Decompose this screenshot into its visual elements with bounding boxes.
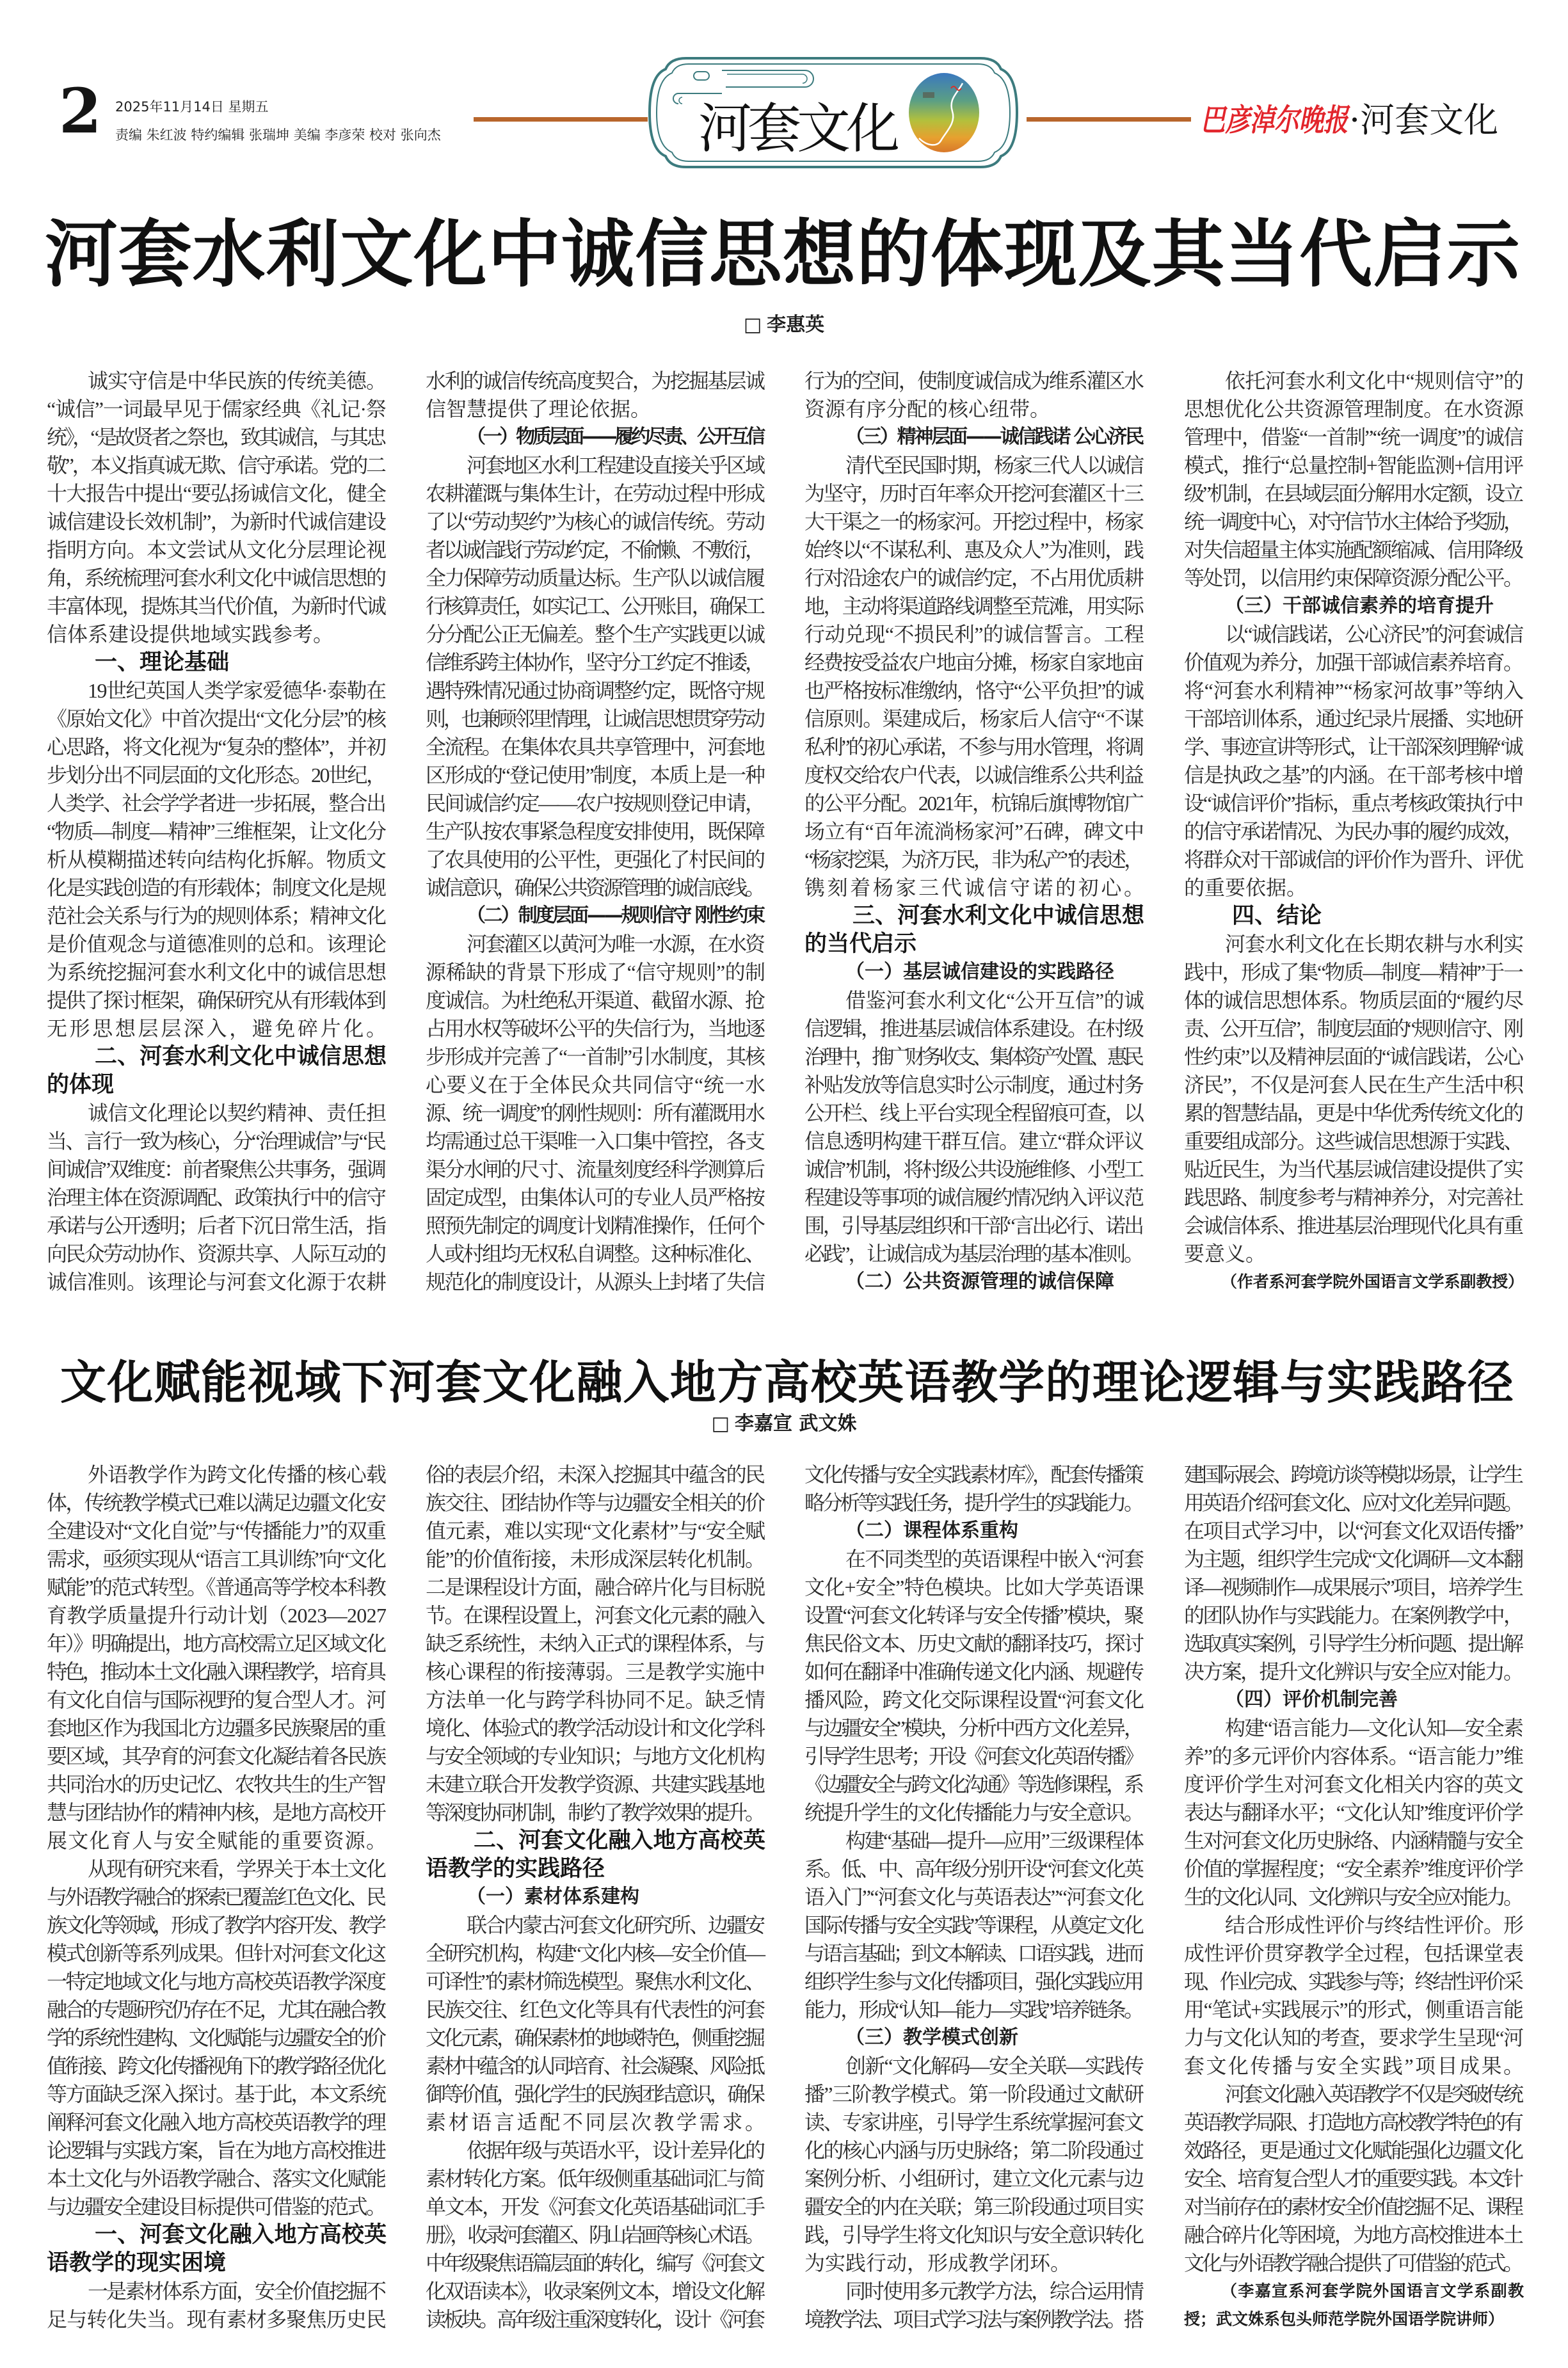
text-line: 的重要依据。	[1184, 874, 1524, 902]
text-line: 信是执政之基”的内涵。在干部考核中增	[1184, 761, 1524, 789]
text-line: 始终以“不谋私利、惠及众人”为准则，践	[804, 536, 1144, 564]
line-text: 的重要依据。	[1184, 876, 1307, 899]
byline-box-icon: □	[712, 1412, 730, 1435]
line-text: 规范化的制度设计，从源头上封堵了失信	[426, 1270, 764, 1293]
text-line: 贴近民生，为当代基层诚信建设提供了实	[1184, 1155, 1524, 1183]
page-number: 2	[59, 79, 102, 143]
text-line: 价值观为养分，加强干部诚信素养培育。	[1184, 648, 1524, 676]
line-text: 阐释河套文化融入地方高校英语教学的理	[47, 2111, 385, 2134]
line-text: 人类学、社会学学者进一步拓展，整合出	[47, 792, 385, 815]
article-column: 依托河套水利文化中“规则信守”的思想优化公共资源管理制度。在水资源管理中，借鉴“…	[1184, 367, 1524, 1296]
text-line: 民间诚信约定——农户按规则登记申请，	[426, 789, 765, 817]
line-text: 融合碎片化等困境，为地方高校推进本土	[1184, 2223, 1522, 2246]
line-text: 私利”的初心承诺，不参与用水管理，将调	[804, 735, 1142, 758]
line-text: 信维系跨主体协作，坚守分工约定不推诿，	[426, 651, 763, 674]
line-text: 素材语言适配不同层次教学需求。	[426, 2111, 768, 2134]
line-text: 践，引导学生将文化知识与安全意识转化	[804, 2223, 1142, 2246]
text-line: 责、公开互信”，制度层面的“规则信守、刚	[1184, 1014, 1524, 1043]
text-line: 是价值观念与道德准则的总和。该理论	[47, 930, 387, 958]
text-line: 镌刻着杨家三代诚信守诺的初心。	[804, 874, 1144, 902]
line-text: 承诺与公开透明；后者下沉日常生活，指	[47, 1214, 385, 1237]
subheading: （二）课程体系重构	[804, 1517, 1144, 1545]
line-text: 共同治水的历史记忆、农牧共生的生产智	[47, 1773, 385, 1796]
text-line: 本土文化与外语教学融合、落实文化赋能	[47, 2164, 387, 2193]
subheading: （一）素材体系建构	[426, 1883, 765, 1911]
subheading: （三）干部诚信素养的培育提升	[1184, 592, 1524, 620]
line-text: （二）制度层面——规则信守 刚性约束	[467, 904, 764, 927]
line-text: 全力保障劳动质量达标。生产队以诚信履	[426, 566, 764, 589]
text-line: 有文化自信与国际视野的复合型人才。河	[47, 1686, 387, 1714]
line-text: 的团队协作与实践能力。在案例教学中，	[1184, 1604, 1522, 1627]
line-text: 程建设等事项的诚信履约情况纳入评议范	[804, 1186, 1142, 1209]
line-text: 方法单一化与跨学科协同不足。缺乏情	[426, 1688, 765, 1711]
line-text: 疆安全的内在关联；第三阶段通过项目实	[804, 2195, 1142, 2218]
text-line: 生的文化认同、文化辨识与安全应对能力。	[1184, 1883, 1524, 1911]
line-text: 步划分出不同层面的文化形态。20世纪，	[47, 764, 385, 787]
text-line: 《边疆安全与跨文化沟通》等选修课程，系	[804, 1770, 1144, 1798]
text-line: 足与转化失当。现有素材多聚焦历史民	[47, 2305, 387, 2333]
line-text: 十大报告中提出“要弘扬诚信文化，健全	[47, 482, 385, 505]
line-text: 是价值观念与道德准则的总和。该理论	[47, 932, 386, 956]
line-text: 核心课程的衔接薄弱。三是教学实施中	[426, 1660, 765, 1683]
line-text: 固定成型，由集体认可的专业人员严格按	[426, 1186, 764, 1209]
text-line: “杨家挖渠，为济万民，非为私产”的表述，	[804, 845, 1144, 874]
article-column: 俗的表层介绍，未深入挖掘其中蕴含的民族交往、团结协作等与边疆安全相关的价值元素，…	[426, 1460, 765, 2333]
text-line: 诚信建设长效机制”，为新时代诚信建设	[47, 508, 387, 536]
line-text: 对当前存在的素材安全价值挖掘不足、课程	[1184, 2195, 1521, 2218]
line-text: 育教学质量提升行动计划（2023—2027	[47, 1604, 386, 1627]
section-heading: 二、河套水利文化中诚信思想	[47, 1043, 387, 1071]
line-text: 语教学的现实困境	[47, 2250, 226, 2276]
text-line: 指明方向。本文尝试从文化分层理论视	[47, 536, 387, 564]
line-text: 用“笔试+实践展示”的形式，侧重语言能	[1184, 1998, 1523, 2021]
text-line: 一特定地域文化与地方高校英语教学深度	[47, 1967, 387, 1996]
text-line: 等深度协同机制，制约了教学效果的提升。	[426, 1798, 765, 1827]
text-line: 要区域，其孕育的河套文化凝结着各民族	[47, 1742, 387, 1770]
text-line: 信息透明构建干群互信。建立“群众评议	[804, 1127, 1144, 1155]
line-text: 读板块。高年级注重深度转化，设计《河套	[426, 2308, 763, 2331]
text-line: 创新“文化解码—安全关联—实践传	[804, 2052, 1144, 2080]
line-text: 敬”，本义指真诚无欺、信守承诺。党的二	[47, 454, 385, 477]
line-text: 照预先制定的调度计划精准操作，任何个	[426, 1214, 764, 1237]
text-line: 十大报告中提出“要弘扬诚信文化，健全	[47, 479, 387, 508]
section-logo-title-text: 河套文化	[698, 97, 895, 160]
text-line: 必践”，让诚信成为基层治理的基本准则。	[804, 1240, 1144, 1268]
line-text: 授；武文姝系包头师范学院外国语学院讲师）	[1184, 2310, 1504, 2328]
byline-authors: 李惠英	[767, 314, 824, 336]
line-text: 角，系统梳理河套水利文化中诚信思想的	[47, 566, 385, 589]
line-text: 要意义。	[1184, 1242, 1266, 1265]
line-text: 性约束”以及精神层面的“诚信践诺，公心	[1184, 1045, 1523, 1068]
text-line: 区形成的“登记使用”制度，本质上是一种	[426, 761, 765, 789]
line-text: 文化传播与安全实践素材库》，配套传播策	[804, 1463, 1142, 1486]
line-text: 与外语教学融合的探索已覆盖红色文化、民	[47, 1885, 384, 1908]
text-line: 阐释河套文化融入地方高校英语教学的理	[47, 2108, 387, 2136]
text-line: 未建立联合开发教学资源、共建实践基地	[426, 1770, 765, 1798]
line-text: 诚实守信是中华民族的传统美德。	[88, 369, 386, 392]
line-text: 依据年级与英语水平，设计差异化的	[467, 2139, 764, 2162]
line-text: 一特定地域文化与地方高校英语教学深度	[47, 1970, 385, 1993]
text-line: 间诚信”双维度：前者聚焦公共事务，强调	[47, 1155, 387, 1183]
line-text: 读、专家讲座，引导学生系统掌握河套文	[804, 2111, 1142, 2134]
text-line: 化是实践创造的有形载体；制度文化是规	[47, 874, 387, 902]
line-text: 安全、培育复合型人才的重要实践。本文针	[1184, 2167, 1521, 2190]
text-line: 19世纪英国人类学家爱德华·泰勒在	[47, 676, 387, 705]
text-line: 文化元素，确保素材的地域特色，侧重挖掘	[426, 2024, 765, 2052]
line-text: 值元素，难以实现“文化素材”与“安全赋	[426, 1519, 765, 1542]
line-text: 引导学生思考；开设《河套文化英语传播》	[804, 1745, 1142, 1768]
article-column: 水利的诚信传统高度契合，为挖掘基层诚信智慧提供了理论依据。（一）物质层面——履约…	[426, 367, 765, 1296]
line-text: 为系统挖掘河套水利文化中的诚信思想	[47, 961, 386, 984]
text-line: 二是课程设计方面，融合碎片化与目标脱	[426, 1573, 765, 1601]
line-text: 信原则。渠建成后，杨家后人信守“不谋	[804, 707, 1143, 730]
text-line: 安全、培育复合型人才的重要实践。本文针	[1184, 2164, 1524, 2193]
subheading: （二）制度层面——规则信守 刚性约束	[426, 902, 765, 930]
byline: □李嘉宣 武文姝	[0, 1411, 1568, 1437]
line-text: “杨家挖渠，为济万民，非为私产”的表述，	[804, 848, 1142, 871]
text-line: 的公平分配。2021年，杭锦后旗博物馆广	[804, 789, 1144, 817]
text-line: “物质—制度—精神”三维框架，让文化分	[47, 817, 387, 845]
text-line: 值元素，难以实现“文化素材”与“安全赋	[426, 1517, 765, 1545]
line-text: 与边疆安全建设目标提供可借鉴的范式。	[47, 2195, 385, 2218]
line-text: 占用水权等破坏公平的失信行为，当地逐	[426, 1017, 764, 1040]
article-column: 外语教学作为跨文化传播的核心载体，传统教学模式已难以满足边疆文化安全建设对“文化…	[47, 1460, 387, 2333]
article-column: 文化传播与安全实践素材库》，配套传播策略分析等实践任务，提升学生的实践能力。（二…	[804, 1460, 1144, 2333]
line-text: （李嘉宣系河套学院外国语言文学系副教	[1221, 2282, 1524, 2300]
text-line: 英语教学局限、打造地方高校教学特色的有	[1184, 2108, 1524, 2136]
text-line: 践中，形成了集“物质—制度—精神”于一	[1184, 958, 1524, 986]
line-text: 当、言行一致为核心，分“治理诚信”与“民	[47, 1130, 385, 1153]
line-text: 心要义在于全体民众共同信守“统一水	[426, 1073, 765, 1096]
text-line: 在不同类型的英语课程中嵌入“河套	[804, 1545, 1144, 1573]
subheading: （二）公共资源管理的诚信保障	[804, 1268, 1144, 1296]
text-line: 全研究机构，构建“文化内核—安全价值—	[426, 1939, 765, 1967]
text-line: 诚信意识，确保公共资源管理的诚信底线。	[426, 874, 765, 902]
line-text: （三）精神层面——诚信践诺 公心济民	[845, 426, 1142, 448]
line-text: 一是素材体系方面，安全价值挖掘不	[88, 2280, 385, 2303]
text-line: 融合碎片化等困境，为地方高校推进本土	[1184, 2221, 1524, 2249]
text-line: 诚信文化理论以契约精神、责任担	[47, 1099, 387, 1127]
text-line: 民族交往、红色文化等具有代表性的河套	[426, 1996, 765, 2024]
line-text: 族文化等领域，形成了教学内容开发、教学	[47, 1914, 384, 1937]
text-line: 统一调度中心，对守信节水主体给予奖励，	[1184, 508, 1524, 536]
text-line: 以“诚信践诺，公心济民”的河套诚信	[1184, 620, 1524, 648]
line-text: 统一调度中心，对守信节水主体给予奖励，	[1184, 510, 1521, 533]
line-text: 成性评价贯穿教学全过程，包括课堂表	[1184, 1942, 1523, 1965]
section-heading: 语教学的现实困境	[47, 2249, 387, 2277]
text-line: 均需通过总干渠唯一入口集中管控，各支	[426, 1127, 765, 1155]
text-line: 单文本，开发《河套文化英语基础词汇手	[426, 2193, 765, 2221]
text-line: 学、事迹宣讲等形式，让干部深刻理解“诚	[1184, 733, 1524, 761]
line-text: （二）公共资源管理的诚信保障	[845, 1270, 1114, 1293]
line-text: 现、作业完成、实践参与等；终结性评价采	[1184, 1970, 1521, 1993]
editor-credits: 责编 朱红波 特约编辑 张瑞坤 美编 李彦荣 校对 张向杰	[115, 126, 441, 144]
line-text: 度权交给农户代表，以诚信维系公共利益	[804, 764, 1142, 787]
text-line: 生对河套文化历史脉络、内涵精髓与安全	[1184, 1827, 1524, 1855]
line-text: 表达与翻译水平；“文化认知”维度评价学	[1184, 1801, 1523, 1824]
text-line: 的团队协作与实践能力。在案例教学中，	[1184, 1601, 1524, 1629]
text-line: 表达与翻译水平；“文化认知”维度评价学	[1184, 1798, 1524, 1827]
line-text: 行为的空间，使制度诚信成为维系灌区水	[804, 369, 1142, 392]
text-line: 统》，“是故贤者之祭也，致其诚信，与其忠	[47, 423, 387, 451]
section-heading: 一、河套文化融入地方高校英	[47, 2221, 387, 2249]
line-text: 也严格按标准缴纳，恪守“公平负担”的诚	[804, 679, 1143, 702]
line-text: 联合内蒙古河套文化研究所、边疆安	[467, 1914, 764, 1937]
line-text: 思想优化公共资源管理制度。在水资源	[1184, 397, 1523, 420]
line-text: 提供了探讨框架，确保研究从有形载体到	[47, 989, 385, 1012]
author-note: （李嘉宣系河套学院外国语言文学系副教	[1184, 2277, 1524, 2305]
text-line: 册》，收录河套灌区、阴山岩画等核心术语。	[426, 2221, 765, 2249]
text-line: 与安全领域的专业知识；与地方文化机构	[426, 1742, 765, 1770]
article-column: 诚实守信是中华民族的传统美德。“诚信”一词最早见于儒家经典《礼记·祭统》，“是故…	[47, 367, 387, 1296]
text-line: 析从模糊描述转向结构化拆解。物质文	[47, 845, 387, 874]
line-text: 同时使用多元教学方法，综合运用情	[845, 2280, 1142, 2303]
line-text: 间诚信”双维度：前者聚焦公共事务，强调	[47, 1158, 385, 1181]
text-line: 治理中，推广财务收支、集体资产处置、惠民	[804, 1043, 1144, 1071]
line-text: 河套地区水利工程建设直接关乎区域	[467, 454, 764, 477]
text-line: 水利的诚信传统高度契合，为挖掘基层诚	[426, 367, 765, 395]
text-line: “诚信”一词最早见于儒家经典《礼记·祭	[47, 395, 387, 423]
text-line: 性约束”以及精神层面的“诚信践诺，公心	[1184, 1043, 1524, 1071]
text-line: 语入门”“河套文化与英语表达”“河套文化	[804, 1883, 1144, 1911]
line-text: 足与转化失当。现有素材多聚焦历史民	[47, 2308, 386, 2331]
line-text: 组织学生参与文化传播项目，强化实践应用	[804, 1970, 1142, 1993]
line-text: 能”的价值衔接，未形成深层转化机制。	[426, 1548, 764, 1571]
text-line: 大干渠之一的杨家河。开挖过程中，杨家	[804, 508, 1144, 536]
line-text: 决方案，提升文化辨识与安全应对能力。	[1184, 1660, 1522, 1683]
text-line: 河套水利文化在长期农耕与水利实	[1184, 930, 1524, 958]
line-text: 在不同类型的英语课程中嵌入“河套	[845, 1548, 1143, 1571]
text-line: 体的诚信思想体系。物质层面的“履约尽	[1184, 986, 1524, 1014]
subheading: （一）物质层面——履约尽责、公开互信	[426, 423, 765, 451]
text-line: 节。在课程设置上，河套文化元素的融入	[426, 1601, 765, 1629]
text-line: 俗的表层介绍，未深入挖掘其中蕴含的民	[426, 1460, 765, 1489]
line-text: 文化元素，确保素材的地域特色，侧重挖掘	[426, 2026, 763, 2049]
text-line: 行对沿途农户的诚信约定，不占用优质耕	[804, 564, 1144, 592]
line-text: 干部培训体系，通过纪录片展播、实地研	[1184, 707, 1522, 730]
text-line: 将群众对干部诚信的评价作为晋升、评优	[1184, 845, 1524, 874]
text-line: 统提升学生的文化传播能力与安全意识。	[804, 1798, 1144, 1827]
text-line: 信智慧提供了理论依据。	[426, 395, 765, 423]
line-text: 节。在课程设置上，河套文化元素的融入	[426, 1604, 764, 1627]
text-line: 资源有序分配的核心纽带。	[804, 395, 1144, 423]
article-title: 文化赋能视域下河套文化融入地方高校英语教学的理论逻辑与实践路径	[60, 1354, 1514, 1411]
text-line: 渠分水闸的尺寸、流量刻度经科学测算后	[426, 1155, 765, 1183]
section-logo: 河套文化	[648, 56, 1019, 169]
line-text: 公开栏、线上平台实现全程留痕可查，以	[804, 1101, 1142, 1124]
line-text: 学、事迹宣讲等形式，让干部深刻理解“诚	[1184, 735, 1522, 758]
line-text: 补贴发放等信息实时公示制度，通过村务	[804, 1073, 1142, 1096]
text-line: 与边疆安全”模块，分析中西方文化差异，	[804, 1714, 1144, 1742]
text-line: 等处罚，以信用约束保障资源分配公平。	[1184, 564, 1524, 592]
text-line: 用英语介绍河套文化、应对文化差异问题。	[1184, 1489, 1524, 1517]
line-text: 慧与团结协作的精神内核，是地方高校开	[47, 1801, 385, 1824]
text-line: 承诺与公开透明；后者下沉日常生活，指	[47, 1212, 387, 1240]
line-text: 模式，推行“总量控制+智能监测+信用评	[1184, 454, 1523, 477]
line-text: 构建“基础—提升—应用”三级课程体	[845, 1829, 1142, 1852]
line-text: 全流程。在集体农具共享管理中，河套地	[426, 735, 764, 758]
line-text: 治理主体在资源调配、政策执行中的信守	[47, 1186, 385, 1209]
line-text: 行对沿途农户的诚信约定，不占用优质耕	[804, 566, 1142, 589]
line-text: 级”机制，在县域层面分解用水定额，设立	[1184, 482, 1522, 505]
text-line: 诚信”机制，将村级公共设施维修、小型工	[804, 1155, 1144, 1183]
text-line: 模式，推行“总量控制+智能监测+信用评	[1184, 451, 1524, 479]
line-text: 河套水利文化在长期农耕与水利实	[1225, 932, 1523, 956]
text-line: 需求，亟须实现从“语言工具训练”向“文化	[47, 1545, 387, 1573]
text-line: 诚实守信是中华民族的传统美德。	[47, 367, 387, 395]
masthead-separator: ·	[1349, 100, 1360, 140]
line-text: 与语言基础；到文本解读、口语实践，进而	[804, 1942, 1142, 1965]
line-text: 生产队按农事紧急程度安排使用，既保障	[426, 820, 764, 843]
text-line: 核心课程的衔接薄弱。三是教学实施中	[426, 1658, 765, 1686]
text-line: 融合的专题研究仍存在不足，尤其在融合教	[47, 1996, 387, 2024]
text-line: 人或村组均无权私自调整。这种标准化、	[426, 1240, 765, 1268]
line-text: 民间诚信约定——农户按规则登记申请，	[426, 792, 764, 815]
text-line: 读、专家讲座，引导学生系统掌握河套文	[804, 2108, 1144, 2136]
text-line: 成性评价贯穿教学全过程，包括课堂表	[1184, 1939, 1524, 1967]
line-text: 与边疆安全”模块，分析中西方文化差异，	[804, 1716, 1142, 1740]
line-text: 指明方向。本文尝试从文化分层理论视	[47, 538, 386, 561]
line-text: 将群众对干部诚信的评价作为晋升、评优	[1184, 848, 1522, 871]
line-text: 生的文化认同、文化辨识与安全应对能力。	[1184, 1885, 1521, 1908]
text-line: 用“笔试+实践展示”的形式，侧重语言能	[1184, 1996, 1524, 2024]
line-text: 水利的诚信传统高度契合，为挖掘基层诚	[426, 369, 764, 392]
line-text: 始终以“不谋私利、惠及众人”为准则，践	[804, 538, 1143, 561]
text-line: 全力保障劳动质量达标。生产队以诚信履	[426, 564, 765, 592]
line-text: 素材转化方案。低年级侧重基础词汇与简	[426, 2167, 764, 2190]
line-text: 诚信”机制，将村级公共设施维修、小型工	[804, 1158, 1142, 1181]
line-text: 人或村组均无权私自调整。这种标准化、	[426, 1242, 764, 1265]
text-line: 济民”，不仅是河套人民在生产生活中积	[1184, 1071, 1524, 1099]
text-line: 心要义在于全体民众共同信守“统一水	[426, 1071, 765, 1099]
text-line: 诚信准则。该理论与河套文化源于农耕	[47, 1268, 387, 1296]
line-text: 四、结论	[1232, 902, 1322, 929]
line-text: 等深度协同机制，制约了教学效果的提升。	[426, 1801, 763, 1824]
line-text: 者以诚信践行劳动约定，不偷懒、不敷衍，	[426, 538, 763, 561]
line-text: （三）教学模式创新	[845, 2026, 1018, 2049]
text-line: 则，也兼顾邻里情理，让诚信思想贯穿劳动	[426, 705, 765, 733]
text-line: 信逻辑，推进基层诚信体系建设。在村级	[804, 1014, 1144, 1043]
line-text: 一、河套文化融入地方高校英	[95, 2221, 387, 2248]
header-rule-right	[1027, 117, 1191, 122]
section-heading: 三、河套水利文化中诚信思想	[804, 902, 1144, 930]
text-line: 为主题，组织学生完成“文化调研—文本翻	[1184, 1545, 1524, 1573]
line-text: 步形成并完善了“一首制”引水制度，其核	[426, 1045, 764, 1068]
newspaper-page: 2 2025年11月14日 星期五 责编 朱红波 特约编辑 张瑞坤 美编 李彦荣…	[0, 0, 1568, 2368]
line-text: 单文本，开发《河套文化英语基础词汇手	[426, 2195, 764, 2218]
line-text: 文化与外语教学融合提供了可借鉴的范式。	[1184, 2252, 1521, 2275]
text-line: 赋能”的范式转型。《普通高等学校本科教	[47, 1573, 387, 1601]
text-line: 为系统挖掘河套水利文化中的诚信思想	[47, 958, 387, 986]
text-line: 现、作业完成、实践参与等；终结性评价采	[1184, 1967, 1524, 1996]
text-line: 了以“劳动契约”为核心的诚信传统。劳动	[426, 508, 765, 536]
line-text: 信息透明构建干群互信。建立“群众评议	[804, 1130, 1143, 1153]
line-text: 御等价值，强化学生的民族团结意识，确保	[426, 2083, 763, 2106]
line-text: 河套文化融入英语教学不仅是突破传统	[1225, 2083, 1521, 2106]
byline: □李惠英	[0, 312, 1568, 338]
line-text: 的当代启示	[804, 931, 916, 957]
line-text: 均需通过总干渠唯一入口集中管控，各支	[426, 1130, 764, 1153]
text-line: 河套文化融入英语教学不仅是突破传统	[1184, 2080, 1524, 2108]
line-text: 力与文化认知的考查，要求学生呈现“河	[1184, 2026, 1523, 2049]
line-text: 化是实践创造的有形载体；制度文化是规	[47, 876, 385, 899]
text-line: 年）》明确提出，地方高校需立足区域文化	[47, 1629, 387, 1658]
section-heading: 一、理论基础	[47, 648, 387, 676]
article-column: 建国际展会、跨境访谈等模拟场景，让学生用英语介绍河套文化、应对文化差异问题。在项…	[1184, 1460, 1524, 2333]
line-text: 选取真实案例，引导学生分析问题、提出解	[1184, 1632, 1521, 1655]
line-text: 农耕灌溉与集体生计，在劳动过程中形成	[426, 482, 764, 505]
line-text: 《原始文化》中首次提出“文化分层”的核	[47, 707, 385, 730]
text-line: 的信守承诺情况、为民办事的履约成效，	[1184, 817, 1524, 845]
line-text: 与安全领域的专业知识；与地方文化机构	[426, 1745, 764, 1768]
masthead-section: ·河套文化	[1349, 97, 1498, 143]
text-line: 将“河套水利精神”“杨家河故事”等纳入	[1184, 676, 1524, 705]
text-line: 河套地区水利工程建设直接关乎区域	[426, 451, 765, 479]
text-line: 焦民俗文本、历史文献的翻译技巧，探讨	[804, 1629, 1144, 1658]
line-text: 资源有序分配的核心纽带。	[804, 397, 1050, 420]
article-title-text: 河套水利文化中诚信思想的体现及其当代启示	[45, 212, 1521, 297]
line-text: 源、统一调度”的刚性规则：所有灌溉用水	[426, 1101, 764, 1124]
text-line: 可译性”的素材筛选模型。聚焦水利文化、	[426, 1967, 765, 1996]
text-line: 提供了探讨框架，确保研究从有形载体到	[47, 986, 387, 1014]
text-line: 私利”的初心承诺，不参与用水管理，将调	[804, 733, 1144, 761]
text-line: 与语言基础；到文本解读、口语实践，进而	[804, 1939, 1144, 1967]
line-text: 《边疆安全与跨文化沟通》等选修课程，系	[804, 1773, 1142, 1796]
line-text: 遇特殊情况通过协商调整约定，既恪守规	[426, 679, 764, 702]
line-text: 向民众劳动协作、资源共享、人际互动的	[47, 1242, 385, 1265]
line-text: 建国际展会、跨境访谈等模拟场景，让学生	[1184, 1463, 1521, 1486]
text-line: 族文化等领域，形成了教学内容开发、教学	[47, 1911, 387, 1939]
section-heading: 二、河套文化融入地方高校英	[426, 1827, 765, 1855]
line-text: 本土文化与外语教学融合、落实文化赋能	[47, 2167, 385, 2190]
line-text: 体，传统教学模式已难以满足边疆文化安	[47, 1491, 385, 1514]
text-line: 价值的掌握程度；“安全素养”维度评价学	[1184, 1855, 1524, 1883]
line-text: 诚信意识，确保公共资源管理的诚信底线。	[426, 876, 763, 899]
text-line: 信原则。渠建成后，杨家后人信守“不谋	[804, 705, 1144, 733]
line-text: 化的核心内涵与历史脉络；第二阶段通过	[804, 2139, 1142, 2162]
text-line: 能力，形成“认知—能力—实践”培养链条。	[804, 1996, 1144, 2024]
line-text: 分分配公正无偏差。整个生产实践更以诚	[426, 623, 764, 646]
line-text: 践思路、制度参考与精神养分，对完善社	[1184, 1186, 1522, 1209]
text-line: 结合形成性评价与终结性评价。形	[1184, 1911, 1524, 1939]
text-line: 化的核心内涵与历史脉络；第二阶段通过	[804, 2136, 1144, 2164]
text-line: 会诚信体系、推进基层治理现代化具有重	[1184, 1212, 1524, 1240]
text-line: 占用水权等破坏公平的失信行为，当地逐	[426, 1014, 765, 1043]
text-line: 效路径，更是通过文化赋能强化边疆文化	[1184, 2136, 1524, 2164]
text-line: 治理主体在资源调配、政策执行中的信守	[47, 1183, 387, 1212]
text-line: 生产队按农事紧急程度安排使用，既保障	[426, 817, 765, 845]
line-text: 治理中，推广财务收支、集体资产处置、惠民	[804, 1045, 1140, 1068]
text-line: 管理中，借鉴“一首制”“统一调度”的诚信	[1184, 423, 1524, 451]
line-text: 全研究机构，构建“文化内核—安全价值—	[426, 1942, 764, 1965]
line-text: 一、理论基础	[95, 649, 229, 675]
line-text: 诚信准则。该理论与河套文化源于农耕	[47, 1270, 386, 1293]
text-line: 为实践行动，形成教学闭环。	[804, 2249, 1144, 2277]
text-line: 特色，推动本土文化融入课程教学，培育具	[47, 1658, 387, 1686]
text-line: 思想优化公共资源管理制度。在水资源	[1184, 395, 1524, 423]
text-line: 素材语言适配不同层次教学需求。	[426, 2108, 765, 2136]
line-text: 中年级聚焦语篇层面的转化，编写《河套文	[426, 2252, 763, 2275]
text-line: 素材中蕴含的认同培育、社会凝聚、风险抵	[426, 2052, 765, 2080]
text-line: 地，主动将渠道路线调整至荒滩，用实际	[804, 592, 1144, 620]
text-line: 行核算责任，如实记工、公开账目，确保工	[426, 592, 765, 620]
text-line: 境化、体验式的教学活动设计和文化学科	[426, 1714, 765, 1742]
line-text: “诚信”一词最早见于儒家经典《礼记·祭	[47, 397, 386, 420]
line-text: 语教学的实践路径	[426, 1855, 605, 1882]
text-line: 规范化的制度设计，从源头上封堵了失信	[426, 1268, 765, 1296]
text-line: 场立有“百年流淌杨家河”石碑，碑文中	[804, 817, 1144, 845]
line-text: 略分析等实践任务，提升学生的实践能力。	[804, 1491, 1142, 1514]
